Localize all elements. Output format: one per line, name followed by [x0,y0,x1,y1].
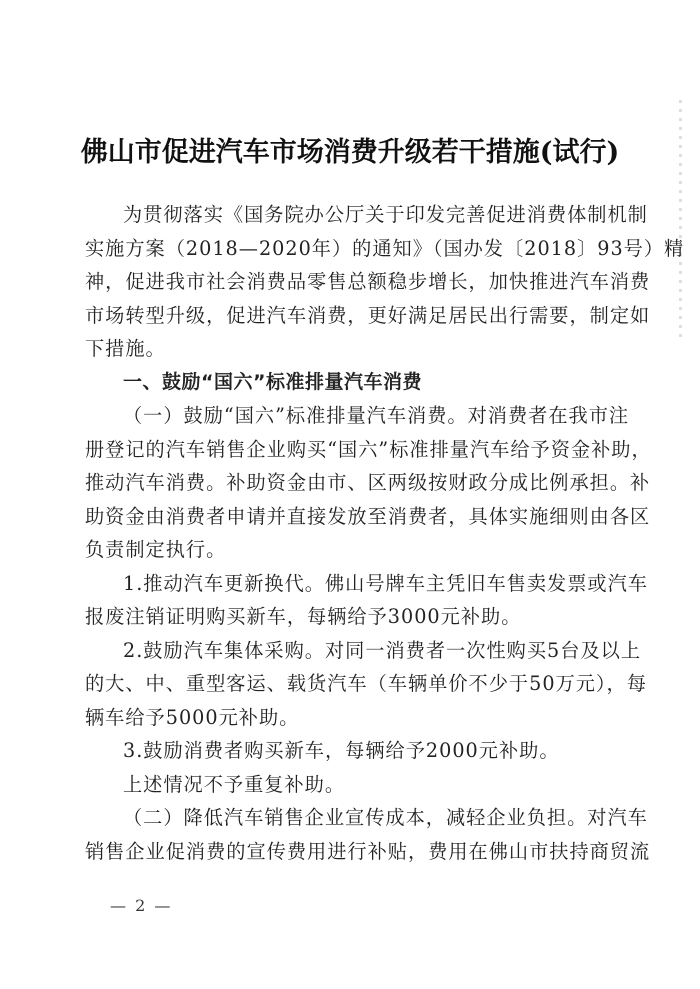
text-line: 2.鼓励汽车集体采购。对同一消费者一次性购买5台及以上 [85,634,645,668]
document-title: 佛山市促进汽车市场消费升级若干措施(试行) [0,130,700,169]
item-two-paragraph: （二）降低汽车销售企业宣传成本，减轻企业负担。对汽车 销售企业促消费的宣传费用进… [85,801,645,868]
item-one-paragraph: （一）鼓励“国六”标准排量汽车消费。对消费者在我市注 册登记的汽车销售企业购买“… [85,399,645,567]
no-repeat-note: 上述情况不予重复补助。 [85,768,645,802]
text-line: 推动汽车消费。补助资金由市、区两级按财政分成比例承担。补 [85,466,645,500]
text-line: 报废注销证明购买新车，每辆给予3000元补助。 [85,600,645,634]
text-line: 销售企业促消费的宣传费用进行补贴，费用在佛山市扶持商贸流 [85,835,645,869]
page-number: — 2 — [110,896,172,915]
document-body: 为贯彻落实《国务院办公厅关于印发完善促进消费体制机制 实施方案（2018—202… [85,198,645,868]
text-line: （一）鼓励“国六”标准排量汽车消费。对消费者在我市注 [85,399,645,433]
subitem-one-paragraph: 1.推动汽车更新换代。佛山号牌车主凭旧车售卖发票或汽车 报废注销证明购买新车，每… [85,567,645,634]
text-line: 的大、中、重型客运、载货汽车（车辆单价不少于50万元），每 [85,667,645,701]
text-line: 辆车给予5000元补助。 [85,701,645,735]
subitem-two-paragraph: 2.鼓励汽车集体采购。对同一消费者一次性购买5台及以上 的大、中、重型客运、载货… [85,634,645,735]
text-line: 上述情况不予重复补助。 [85,768,645,802]
text-line: 下措施。 [85,332,645,366]
text-line: 负责制定执行。 [85,533,645,567]
text-line: 市场转型升级，促进汽车消费，更好满足居民出行需要，制定如 [85,299,645,333]
text-line: 3.鼓励消费者购买新车，每辆给予2000元补助。 [85,734,645,768]
text-line: 1.推动汽车更新换代。佛山号牌车主凭旧车售卖发票或汽车 [85,567,645,601]
text-line: 助资金由消费者申请并直接发放至消费者，具体实施细则由各区 [85,500,645,534]
text-line: 册登记的汽车销售企业购买“国六”标准排量汽车给予资金补助， [85,433,645,467]
text-line: 神，促进我市社会消费品零售总额稳步增长，加快推进汽车消费 [85,265,645,299]
intro-paragraph: 为贯彻落实《国务院办公厅关于印发完善促进消费体制机制 实施方案（2018—202… [85,198,645,366]
subitem-three-paragraph: 3.鼓励消费者购买新车，每辆给予2000元补助。 [85,734,645,768]
section-heading: 一、鼓励“国六”标准排量汽车消费 [85,366,645,400]
text-line: （二）降低汽车销售企业宣传成本，减轻企业负担。对汽车 [85,801,645,835]
text-line: 实施方案（2018—2020年）的通知》（国办发〔2018〕93号）精 [85,232,645,266]
text-line: 为贯彻落实《国务院办公厅关于印发完善促进消费体制机制 [85,198,645,232]
